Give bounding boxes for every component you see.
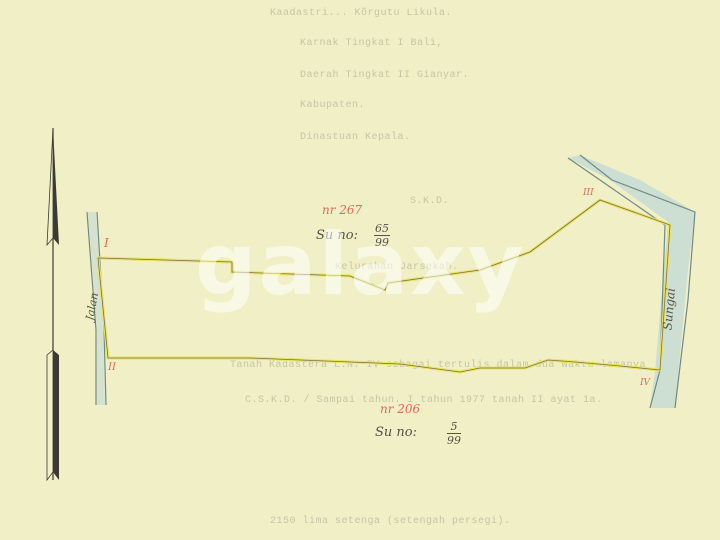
parcel-south-number: nr 206 xyxy=(380,402,420,416)
parcel-south-su-numerator: 5 xyxy=(447,420,461,434)
corner-marker-ne: III xyxy=(583,188,594,198)
corner-marker-nw: I xyxy=(104,236,109,250)
watermark: galaxy xyxy=(195,215,526,315)
corner-marker-se: IV xyxy=(640,378,650,388)
parcel-south-su-fraction: 5 99 xyxy=(447,420,461,447)
parcel-south-su-denominator: 99 xyxy=(447,434,461,447)
corner-marker-sw: II xyxy=(108,362,116,373)
north-arrow-icon xyxy=(47,128,59,480)
parcel-south-su-label: Su no: xyxy=(375,425,417,440)
survey-map-sheet: Kaadastri... Kõrgutu Likula. Karnak Ting… xyxy=(0,0,720,540)
